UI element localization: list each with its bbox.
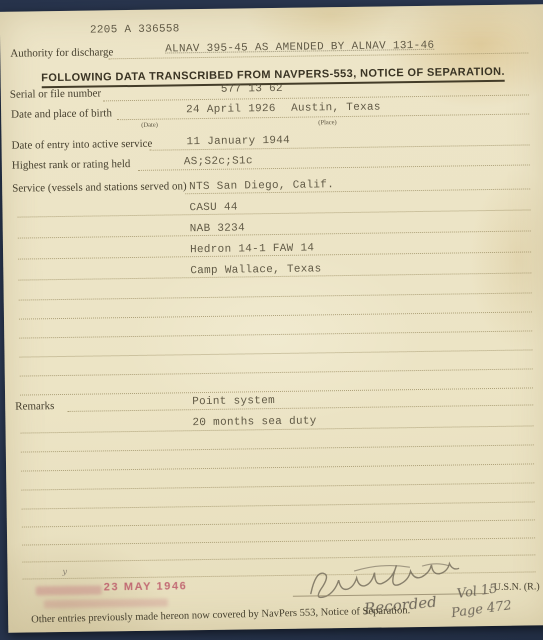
ruled-line — [21, 444, 534, 452]
authority-label: Authority for discharge — [10, 46, 113, 59]
date-caption: (Date) — [141, 122, 158, 129]
remarks-entry: 20 months sea duty — [192, 415, 316, 429]
entry-value: 11 January 1944 — [186, 135, 290, 148]
rank-label: Highest rank or rating held — [12, 158, 131, 172]
serial-label: Serial or file number — [10, 87, 102, 100]
service-entry: CASU 44 — [189, 202, 237, 215]
entry-label: Date of entry into active service — [11, 138, 152, 152]
date-stamp: 23 MAY 1946 — [104, 580, 188, 593]
scanned-photo-background: { "document": { "file_number_stamp": "22… — [0, 0, 543, 640]
ruled-line — [18, 209, 531, 217]
ruled-line — [22, 537, 535, 545]
ruled-line — [22, 519, 535, 527]
ruled-line — [19, 292, 532, 300]
serial-value: 577 13 62 — [221, 83, 283, 96]
ruled-line — [103, 94, 529, 101]
ruled-line — [19, 330, 532, 338]
remarks-entry: Point system — [192, 395, 275, 408]
footer-note: Other entries previously made hereon now… — [31, 605, 410, 625]
ruled-line — [19, 311, 532, 319]
service-label: Service (vessels and stations served on) — [12, 180, 187, 194]
ruled-line — [22, 501, 535, 509]
ruled-line — [67, 404, 533, 412]
separation-record-page: 2205 A 336558 Authority for discharge AL… — [0, 4, 543, 633]
ruled-line — [20, 387, 533, 395]
ruled-line — [21, 482, 534, 490]
birth-label: Date and place of birth — [11, 107, 112, 120]
rank-value: AS;S2c;S1c — [184, 155, 253, 168]
ruled-line — [18, 230, 531, 238]
place-caption: (Place) — [318, 119, 337, 126]
remarks-label: Remarks — [15, 400, 54, 413]
ruled-line — [20, 349, 533, 357]
birth-date-value: 24 April 1926 — [186, 103, 276, 116]
authority-value: ALNAV 395-45 AS AMENDED BY ALNAV 131-46 — [165, 40, 434, 56]
faded-stamp-text — [44, 599, 168, 609]
service-entry: NAB 3234 — [190, 222, 245, 235]
birth-place-value: Austin, Texas — [291, 102, 381, 115]
ruled-line — [20, 368, 533, 376]
faded-stamp-text — [36, 585, 102, 595]
pencil-mark: y — [62, 567, 67, 576]
ruled-line — [21, 463, 534, 471]
file-number-stamp: 2205 A 336558 — [90, 23, 180, 36]
